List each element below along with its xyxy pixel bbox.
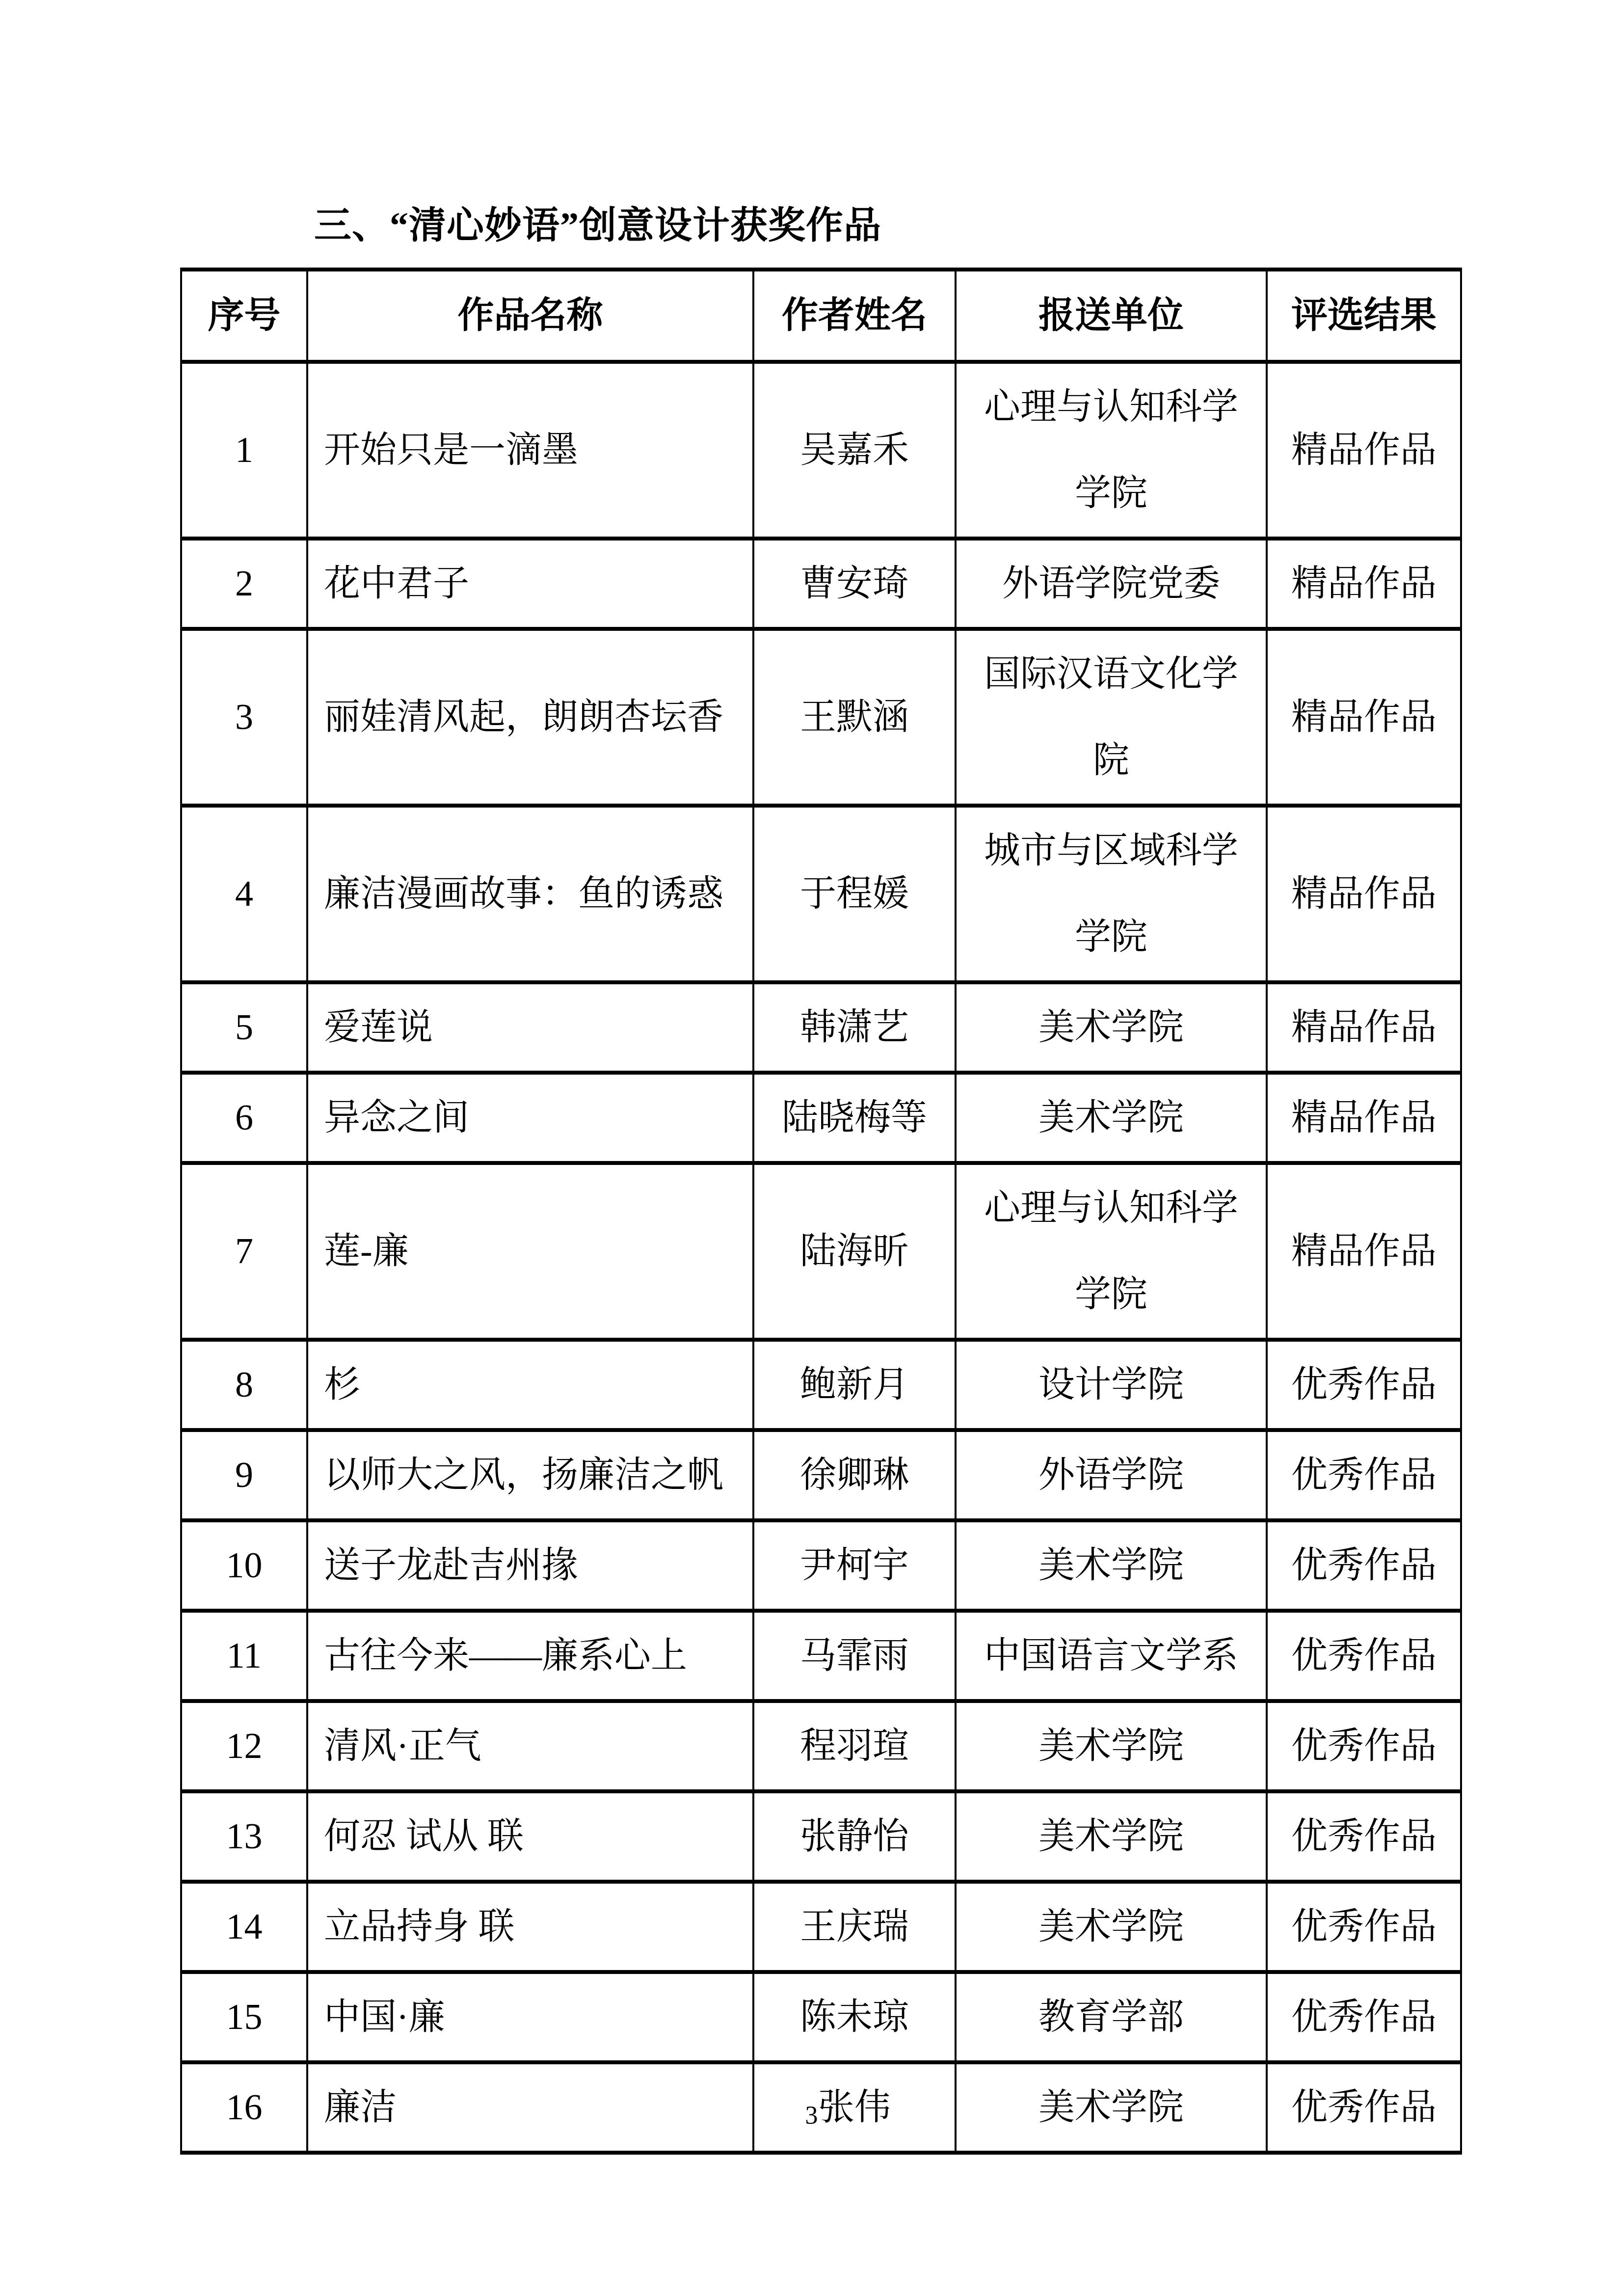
row-number-cell: 8 bbox=[181, 1340, 307, 1430]
unit-cell: 美术学院 bbox=[956, 1701, 1267, 1791]
row-number-cell: 5 bbox=[181, 982, 307, 1073]
work-title-cell: 异念之间 bbox=[307, 1073, 753, 1163]
result-cell: 精品作品 bbox=[1267, 629, 1461, 806]
table-row: 10送子龙赴吉州掾尹柯宇美术学院优秀作品 bbox=[181, 1520, 1461, 1611]
work-title-cell: 爱莲说 bbox=[307, 982, 753, 1073]
row-number-cell: 10 bbox=[181, 1520, 307, 1611]
result-cell: 精品作品 bbox=[1267, 806, 1461, 982]
unit-cell: 美术学院 bbox=[956, 1520, 1267, 1611]
result-cell: 精品作品 bbox=[1267, 362, 1461, 539]
unit-cell: 城市与区域科学学院 bbox=[956, 806, 1267, 982]
work-title-cell: 古往今来——廉系心上 bbox=[307, 1611, 753, 1701]
work-title-cell: 中国·廉 bbox=[307, 1972, 753, 2062]
document-page: 三、“清心妙语”创意设计获奖作品 序号 作品名称 作者姓名 报送单位 评选结果 … bbox=[0, 0, 1623, 2296]
column-header-author: 作者姓名 bbox=[753, 270, 956, 362]
result-cell: 优秀作品 bbox=[1267, 1972, 1461, 2062]
table-row: 8杉鲍新月设计学院优秀作品 bbox=[181, 1340, 1461, 1430]
work-title-cell: 何忍 试从 联 bbox=[307, 1791, 753, 1882]
row-number-cell: 13 bbox=[181, 1791, 307, 1882]
author-cell: 曹安琦 bbox=[753, 539, 956, 629]
result-cell: 优秀作品 bbox=[1267, 1701, 1461, 1791]
result-cell: 优秀作品 bbox=[1267, 1882, 1461, 1972]
work-title-cell: 开始只是一滴墨 bbox=[307, 362, 753, 539]
table-row: 1开始只是一滴墨吴嘉禾心理与认知科学学院精品作品 bbox=[181, 362, 1461, 539]
unit-cell: 美术学院 bbox=[956, 1882, 1267, 1972]
section-title: 三、“清心妙语”创意设计获奖作品 bbox=[314, 195, 881, 249]
unit-cell: 中国语言文学系 bbox=[956, 1611, 1267, 1701]
work-title-cell: 立品持身 联 bbox=[307, 1882, 753, 1972]
column-header-work: 作品名称 bbox=[307, 270, 753, 362]
author-cell: 程羽瑄 bbox=[753, 1701, 956, 1791]
result-cell: 优秀作品 bbox=[1267, 1520, 1461, 1611]
table-row: 11古往今来——廉系心上马霏雨中国语言文学系优秀作品 bbox=[181, 1611, 1461, 1701]
result-cell: 精品作品 bbox=[1267, 1163, 1461, 1340]
author-cell: 陆海昕 bbox=[753, 1163, 956, 1340]
unit-cell: 美术学院 bbox=[956, 1791, 1267, 1882]
unit-cell: 设计学院 bbox=[956, 1340, 1267, 1430]
table-row: 13何忍 试从 联张静怡美术学院优秀作品 bbox=[181, 1791, 1461, 1882]
work-title-cell: 清风·正气 bbox=[307, 1701, 753, 1791]
unit-cell: 美术学院 bbox=[956, 982, 1267, 1073]
author-cell: 鲍新月 bbox=[753, 1340, 956, 1430]
row-number-cell: 6 bbox=[181, 1073, 307, 1163]
work-title-cell: 廉洁漫画故事：鱼的诱惑 bbox=[307, 806, 753, 982]
author-cell: 王默涵 bbox=[753, 629, 956, 806]
unit-cell: 心理与认知科学学院 bbox=[956, 1163, 1267, 1340]
work-title-cell: 花中君子 bbox=[307, 539, 753, 629]
author-cell: 王庆瑞 bbox=[753, 1882, 956, 1972]
table-row: 2花中君子曹安琦外语学院党委精品作品 bbox=[181, 539, 1461, 629]
author-cell: 张静怡 bbox=[753, 1791, 956, 1882]
row-number-cell: 9 bbox=[181, 1430, 307, 1520]
result-cell: 精品作品 bbox=[1267, 539, 1461, 629]
table-row: 12清风·正气程羽瑄美术学院优秀作品 bbox=[181, 1701, 1461, 1791]
row-number-cell: 2 bbox=[181, 539, 307, 629]
column-header-unit: 报送单位 bbox=[956, 270, 1267, 362]
table-row: 9以师大之风，扬廉洁之帆徐卿琳外语学院优秀作品 bbox=[181, 1430, 1461, 1520]
unit-cell: 教育学部 bbox=[956, 1972, 1267, 2062]
row-number-cell: 1 bbox=[181, 362, 307, 539]
result-cell: 精品作品 bbox=[1267, 1073, 1461, 1163]
table-row: 14立品持身 联王庆瑞美术学院优秀作品 bbox=[181, 1882, 1461, 1972]
row-number-cell: 4 bbox=[181, 806, 307, 982]
row-number-cell: 12 bbox=[181, 1701, 307, 1791]
table-row: 4廉洁漫画故事：鱼的诱惑于程媛城市与区域科学学院精品作品 bbox=[181, 806, 1461, 982]
author-cell: 尹柯宇 bbox=[753, 1520, 956, 1611]
result-cell: 优秀作品 bbox=[1267, 1340, 1461, 1430]
page-number: 3 bbox=[0, 2101, 1623, 2130]
work-title-cell: 莲-廉 bbox=[307, 1163, 753, 1340]
unit-cell: 外语学院党委 bbox=[956, 539, 1267, 629]
row-number-cell: 7 bbox=[181, 1163, 307, 1340]
table-row: 6异念之间陆晓梅等美术学院精品作品 bbox=[181, 1073, 1461, 1163]
author-cell: 于程媛 bbox=[753, 806, 956, 982]
table-row: 15中国·廉陈未琼教育学部优秀作品 bbox=[181, 1972, 1461, 2062]
result-cell: 精品作品 bbox=[1267, 982, 1461, 1073]
table-row: 3丽娃清风起，朗朗杏坛香王默涵国际汉语文化学院精品作品 bbox=[181, 629, 1461, 806]
column-header-index: 序号 bbox=[181, 270, 307, 362]
awards-table: 序号 作品名称 作者姓名 报送单位 评选结果 1开始只是一滴墨吴嘉禾心理与认知科… bbox=[180, 268, 1462, 2155]
author-cell: 韩潇艺 bbox=[753, 982, 956, 1073]
work-title-cell: 丽娃清风起，朗朗杏坛香 bbox=[307, 629, 753, 806]
result-cell: 优秀作品 bbox=[1267, 1430, 1461, 1520]
work-title-cell: 杉 bbox=[307, 1340, 753, 1430]
table-row: 7莲-廉陆海昕心理与认知科学学院精品作品 bbox=[181, 1163, 1461, 1340]
author-cell: 陈未琼 bbox=[753, 1972, 956, 2062]
row-number-cell: 15 bbox=[181, 1972, 307, 2062]
unit-cell: 外语学院 bbox=[956, 1430, 1267, 1520]
author-cell: 陆晓梅等 bbox=[753, 1073, 956, 1163]
work-title-cell: 以师大之风，扬廉洁之帆 bbox=[307, 1430, 753, 1520]
work-title-cell: 送子龙赴吉州掾 bbox=[307, 1520, 753, 1611]
author-cell: 马霏雨 bbox=[753, 1611, 956, 1701]
result-cell: 优秀作品 bbox=[1267, 1611, 1461, 1701]
result-cell: 优秀作品 bbox=[1267, 1791, 1461, 1882]
table-header-row: 序号 作品名称 作者姓名 报送单位 评选结果 bbox=[181, 270, 1461, 362]
unit-cell: 国际汉语文化学院 bbox=[956, 629, 1267, 806]
column-header-result: 评选结果 bbox=[1267, 270, 1461, 362]
row-number-cell: 3 bbox=[181, 629, 307, 806]
author-cell: 吴嘉禾 bbox=[753, 362, 956, 539]
table-row: 5爱莲说韩潇艺美术学院精品作品 bbox=[181, 982, 1461, 1073]
unit-cell: 心理与认知科学学院 bbox=[956, 362, 1267, 539]
row-number-cell: 14 bbox=[181, 1882, 307, 1972]
author-cell: 徐卿琳 bbox=[753, 1430, 956, 1520]
row-number-cell: 11 bbox=[181, 1611, 307, 1701]
unit-cell: 美术学院 bbox=[956, 1073, 1267, 1163]
